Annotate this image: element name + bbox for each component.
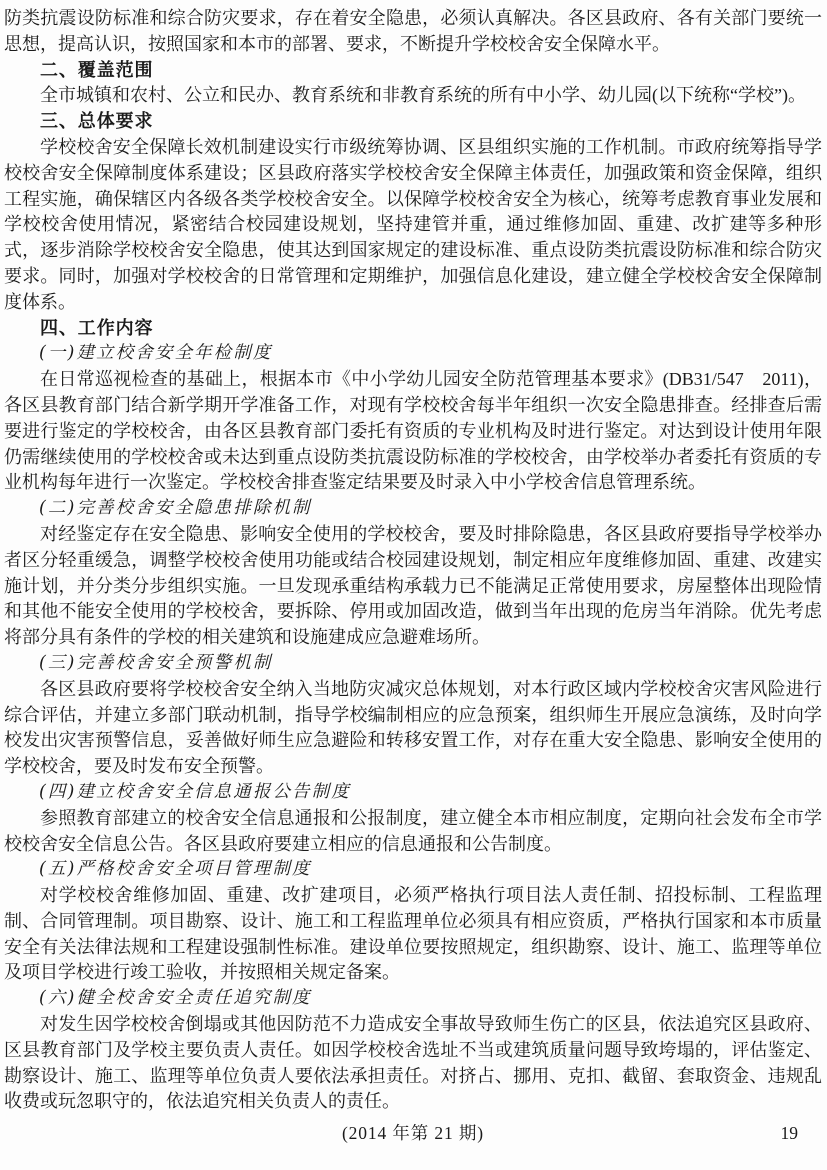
page-number: 19 bbox=[781, 1120, 799, 1146]
body-paragraph: 对发生因学校校舍倒塌或其他因防范不力造成安全事故导致师生伤亡的区县，依法追究区县… bbox=[4, 1012, 822, 1115]
section-heading: 二、覆盖范围 bbox=[4, 58, 822, 84]
body-paragraph: 参照教育部建立的校舍安全信息通报和公报制度，建立健全本市相应制度，定期向社会发布… bbox=[4, 806, 822, 858]
body-paragraph: 学校校舍安全保障长效机制建设实行市级统筹协调、区县组织实施的工作机制。市政府统筹… bbox=[4, 135, 822, 316]
page-footer: (2014 年第 21 期) 19 bbox=[4, 1120, 822, 1146]
subsection-heading: (三)完善校舍安全预警机制 bbox=[4, 651, 822, 677]
continuation-paragraph: 防类抗震设防标准和综合防灾要求，存在着安全隐患，必须认真解决。各区县政府、各有关… bbox=[4, 6, 822, 58]
body-paragraph: 对经鉴定存在安全隐患、影响安全使用的学校校舍，要及时排除隐患，各区县政府要指导学… bbox=[4, 522, 822, 651]
section-heading: 四、工作内容 bbox=[4, 316, 822, 342]
subsection-heading: (四)建立校舍安全信息通报公告制度 bbox=[4, 780, 822, 806]
body-paragraph: 各区县政府要将学校校舍安全纳入当地防灾减灾总体规划，对本行政区域内学校校舍灾害风… bbox=[4, 677, 822, 780]
subsection-heading: (二)完善校舍安全隐患排除机制 bbox=[4, 496, 822, 522]
issue-label: (2014 年第 21 期) bbox=[4, 1120, 822, 1146]
section-heading: 三、总体要求 bbox=[4, 109, 822, 135]
document-page: 防类抗震设防标准和综合防灾要求，存在着安全隐患，必须认真解决。各区县政府、各有关… bbox=[0, 0, 827, 1170]
subsection-heading: (六)健全校舍安全责任追究制度 bbox=[4, 986, 822, 1012]
article-body: 防类抗震设防标准和综合防灾要求，存在着安全隐患，必须认真解决。各区县政府、各有关… bbox=[4, 6, 822, 1115]
body-paragraph: 在日常巡视检查的基础上，根据本市《中小学幼儿园安全防范管理基本要求》(DB31/… bbox=[4, 367, 822, 496]
body-paragraph: 全市城镇和农村、公立和民办、教育系统和非教育系统的所有中小学、幼儿园(以下统称“… bbox=[4, 83, 822, 109]
subsection-heading: (五)严格校舍安全项目管理制度 bbox=[4, 857, 822, 883]
subsection-heading: (一)建立校舍安全年检制度 bbox=[4, 341, 822, 367]
body-paragraph: 对学校校舍维修加固、重建、改扩建项目，必须严格执行项目法人责任制、招投标制、工程… bbox=[4, 883, 822, 986]
